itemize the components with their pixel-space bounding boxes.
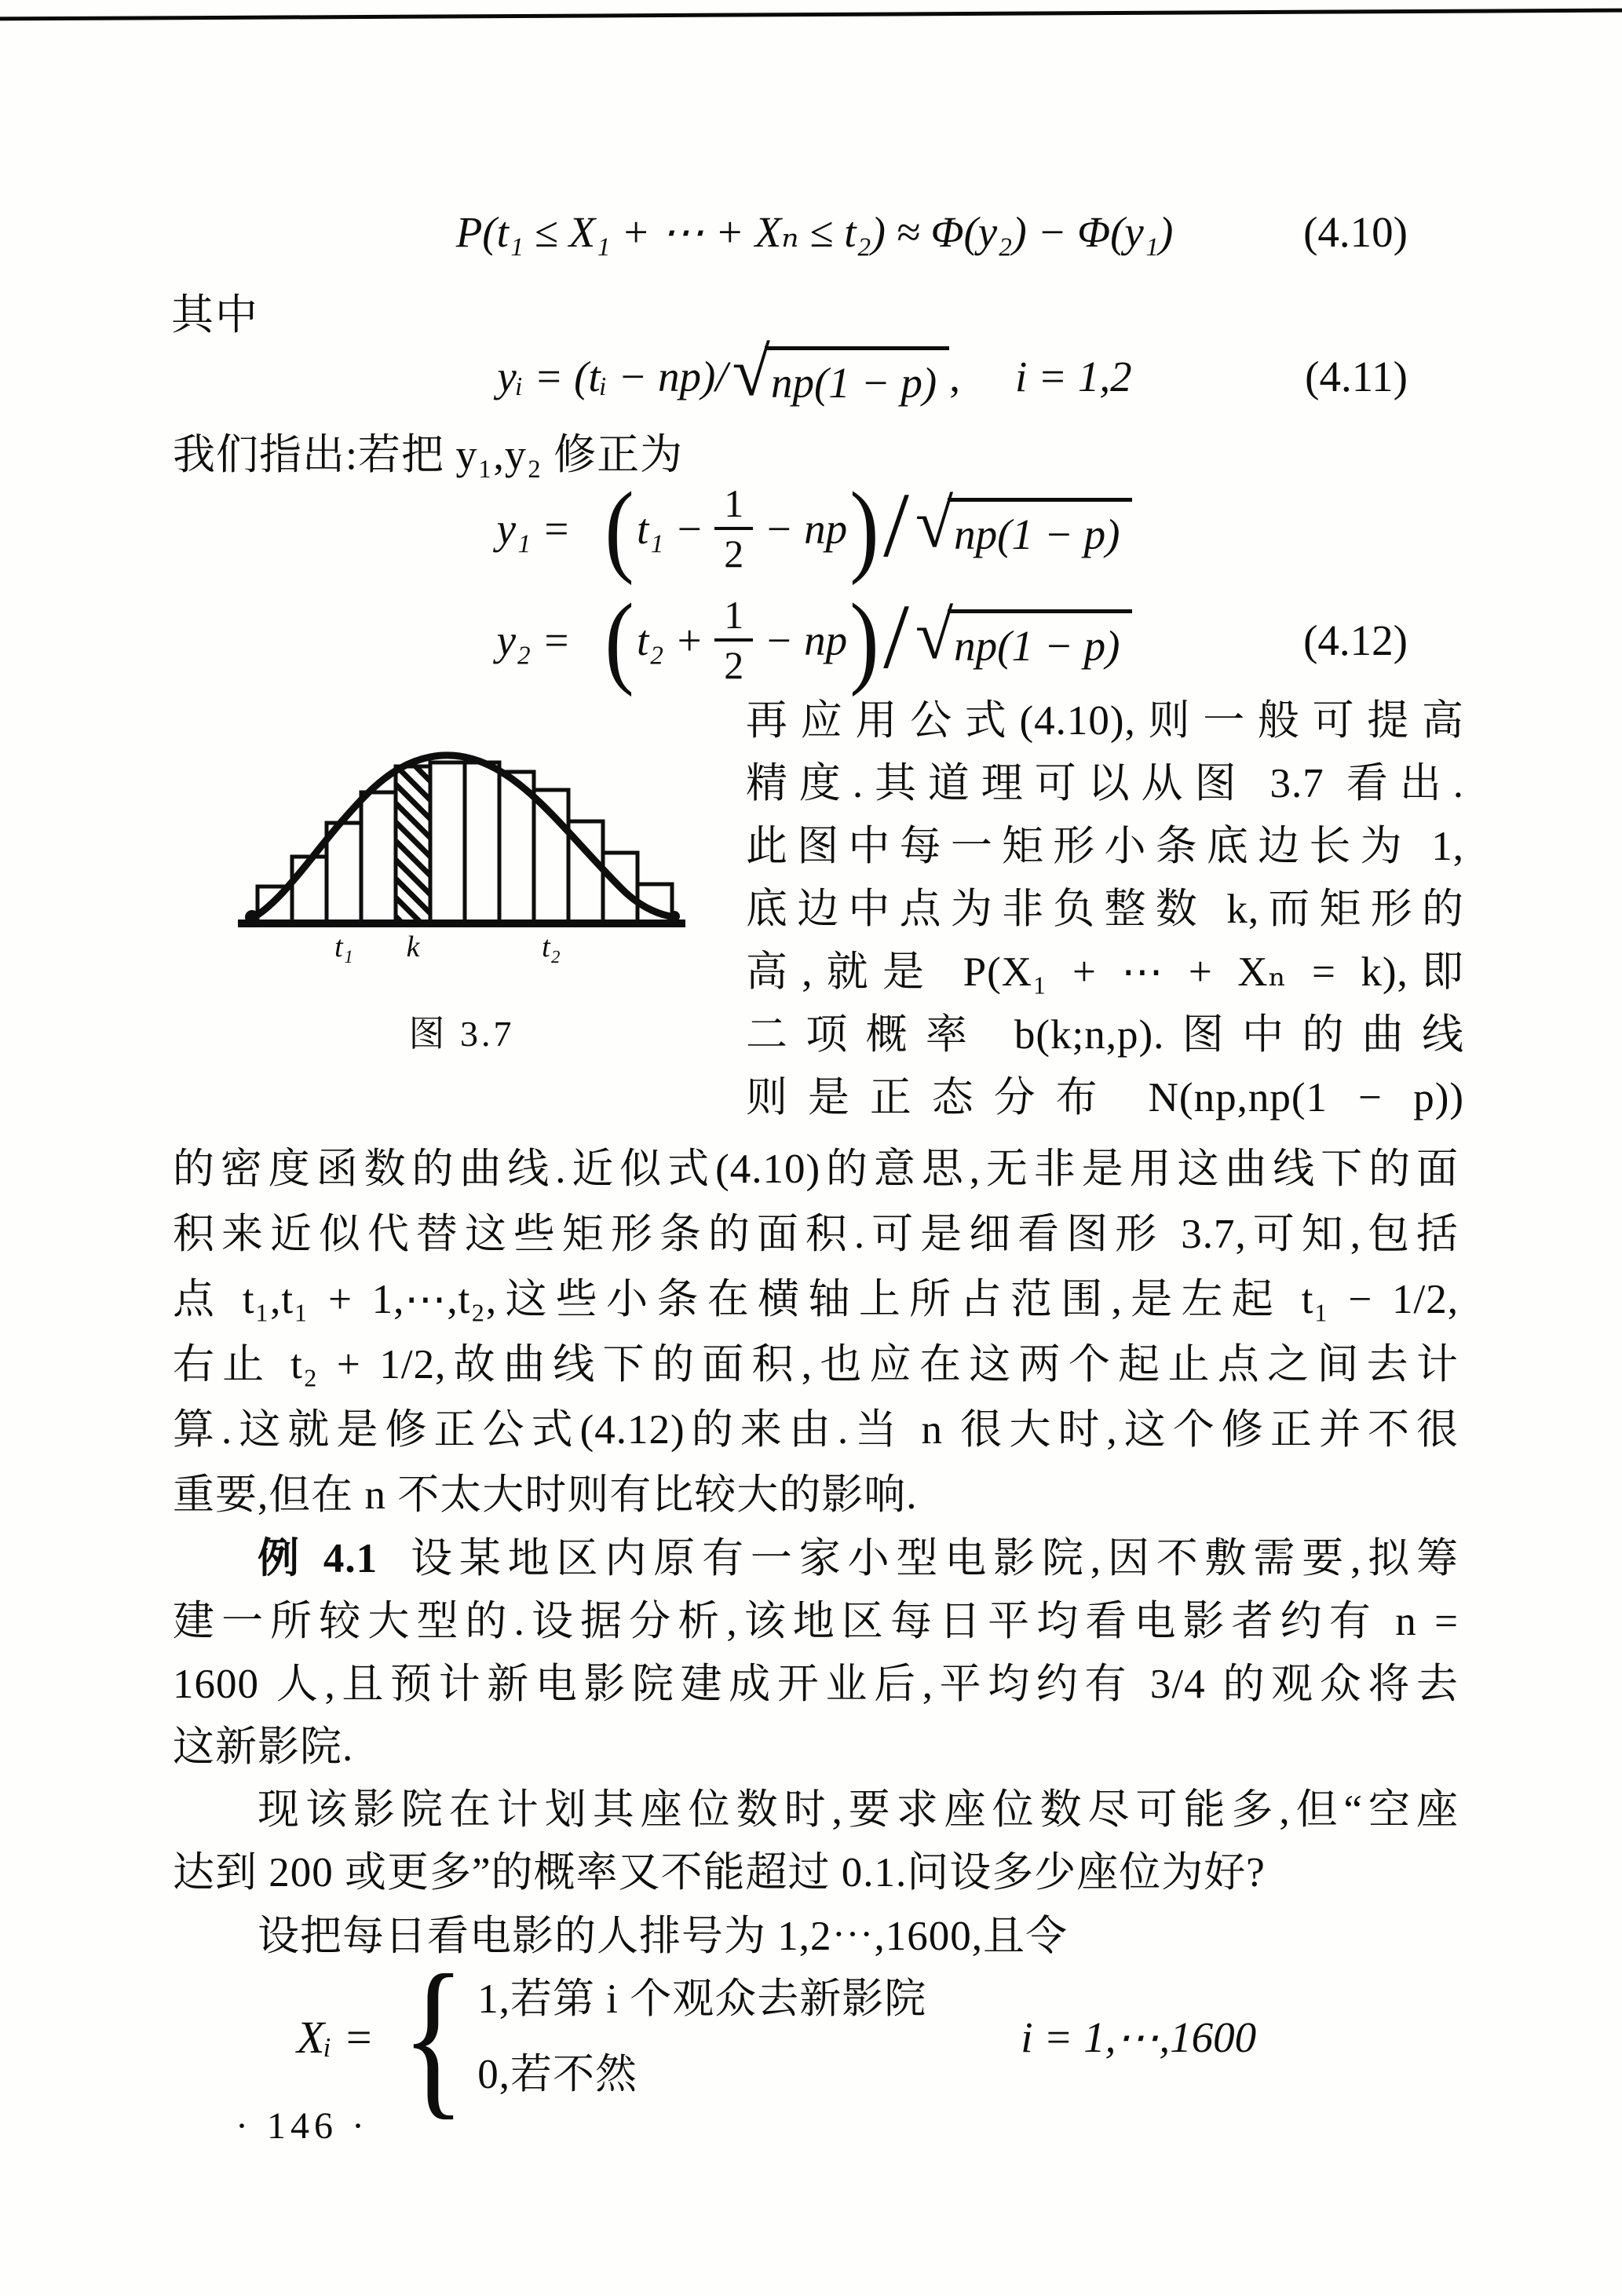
formula-xi-piecewise: Xᵢ = { 1,若第 i 个观众去新影院 0,若不然 i = 1,⋯,1600 — [297, 1961, 1256, 2112]
division-slash: / — [883, 600, 909, 674]
sqrt-body: np(1 − p) — [765, 346, 949, 408]
sqrt-expression: √ np(1 − p) — [915, 609, 1133, 671]
example-4-1-paragraph: 例 4.1设某地区内原有一家小型电影院,因不敷需要,拟筹 建一所较大型的.设据分… — [173, 1527, 1459, 1779]
text-line: 设把每日看电影的人排号为 1,2⋯,1600,且令 — [173, 1904, 1459, 1969]
text-line: 则是正态分布 N(np,np(1 − p)) — [746, 1066, 1464, 1129]
text-line: 重要,但在 n 不太大时则有比较大的影响. — [173, 1463, 1459, 1528]
scan-edge-artifact — [0, 9, 1622, 21]
formula-4-11-comma: , — [949, 352, 960, 401]
formula-4-10-body: P(t₁ ≤ X₁ + ⋯ + Xₙ ≤ t₂) ≈ Φ(y₂) − Φ(y₁) — [456, 207, 1174, 257]
axis-label-k: k — [407, 930, 421, 963]
numbering-setup-paragraph: 设把每日看电影的人排号为 1,2⋯,1600,且令 — [173, 1904, 1459, 1969]
case-line: 0,若不然 — [477, 2037, 926, 2112]
page-number: · 146 · — [236, 2104, 369, 2148]
open-paren: ( — [605, 598, 634, 682]
text-line: 1600 人,且预计新电影院建成开业后,平均约有 3/4 的观众将去 — [173, 1653, 1459, 1716]
formula-4-11-tag: (4.11) — [1305, 352, 1408, 401]
radical-sign: √ — [732, 345, 770, 401]
figure-svg: t₁ k t₂ — [234, 721, 689, 966]
close-paren: ) — [849, 598, 879, 682]
y2-inner-pre: t₂ + — [637, 616, 703, 665]
sqrt-expression: √ np(1 − p) — [732, 346, 950, 408]
sqrt-body: np(1 − p) — [948, 609, 1132, 671]
formula-4-11: yᵢ = (tᵢ − np)/ √ np(1 − p) , i = 1,2 (4… — [173, 331, 1456, 422]
text-line: 例 4.1设某地区内原有一家小型电影院,因不敷需要,拟筹 — [173, 1527, 1459, 1590]
one-half-fraction: 1 2 — [714, 594, 753, 686]
text-line: 再应用公式(4.10),则一般可提高 — [746, 689, 1464, 752]
text-line: 建一所较大型的.设据分析,该地区每日平均看电影者约有 n = — [173, 1590, 1459, 1653]
figure-side-paragraph: 再应用公式(4.10),则一般可提高 精度.其道理可以从图 3.7 看出. 此图… — [746, 689, 1464, 1129]
sqrt-expression: √ np(1 − p) — [915, 498, 1133, 559]
formula-4-11-lhs: yᵢ = (tᵢ − np)/ — [497, 352, 727, 401]
density-curve-paragraph: 的密度函数的曲线.近似式(4.10)的意思,无非是用这曲线下的面 积来近似代替这… — [173, 1137, 1459, 1528]
histogram-bar — [292, 857, 327, 923]
figure-3-7: t₁ k t₂ — [234, 721, 689, 966]
text-line: 右止 t₂ + 1/2,故曲线下的面积,也应在这两个起止点之间去计 — [173, 1333, 1459, 1398]
seat-planning-paragraph: 现该影院在计划其座位数时,要求座位数尽可能多,但“空座 达到 200 或更多”的… — [173, 1779, 1459, 1904]
histogram-bar — [430, 762, 465, 923]
scanned-textbook-page: P(t₁ ≤ X₁ + ⋯ + Xₙ ≤ t₂) ≈ Φ(y₂) − Φ(y₁)… — [0, 0, 1622, 2296]
fraction-numerator: 1 — [714, 594, 753, 642]
text-line: 点 t₁,t₁ + 1,⋯,t₂,这些小条在横轴上所占范围,是左起 t₁ − 1… — [173, 1267, 1459, 1333]
text-line: 此图中每一矩形小条底边长为 1, — [746, 815, 1464, 878]
radical-sign: √ — [915, 608, 953, 664]
open-paren: ( — [605, 487, 634, 570]
xi-condition: i = 1,⋯,1600 — [1021, 2012, 1256, 2062]
text-line: 这新影院. — [173, 1716, 1459, 1779]
y1-inner-post: − np — [764, 504, 847, 554]
text-line: 底边中点为非负整数 k,而矩形的 — [746, 878, 1464, 941]
case-line: 1,若第 i 个观众去新影院 — [477, 1961, 926, 2037]
formula-4-10-tag: (4.10) — [1303, 207, 1408, 257]
text-line: 二项概率 b(k;n,p).图中的曲线 — [746, 1004, 1464, 1066]
formula-4-10: P(t₁ ≤ X₁ + ⋯ + Xₙ ≤ t₂) ≈ Φ(y₂) − Φ(y₁)… — [173, 188, 1456, 275]
histogram-bar — [396, 766, 430, 923]
division-slash: / — [883, 488, 909, 562]
example-label: 例 4.1 — [258, 1536, 378, 1581]
case-list: 1,若第 i 个观众去新影院 0,若不然 — [477, 1961, 926, 2112]
histogram-bar — [465, 762, 499, 923]
formula-4-12-tag: (4.12) — [1303, 616, 1408, 665]
text-line: 算.这就是修正公式(4.12)的来由.当 n 很大时,这个修正并不很 — [173, 1398, 1459, 1463]
axis-label-t2: t₂ — [542, 930, 561, 963]
y2-inner-post: − np — [764, 616, 847, 665]
fraction-denominator: 2 — [724, 642, 743, 686]
case-brace: { — [402, 1968, 466, 2106]
text-line: 现该影院在计划其座位数时,要求座位数尽可能多,但“空座 — [173, 1779, 1459, 1841]
xi-lhs: Xᵢ = — [297, 2011, 374, 2064]
y1-lhs: y₁ = — [497, 504, 571, 554]
formula-4-11-condition: i = 1,2 — [1015, 352, 1132, 401]
radical-sign: √ — [915, 496, 953, 553]
formula-y1-corrected: y₁ = ( t₁ − 1 2 − np ) / √ np(1 − p) — [173, 470, 1456, 587]
close-paren: ) — [849, 487, 879, 570]
figure-caption: 图 3.7 — [234, 1005, 689, 1057]
y1-inner-pre: t₁ − — [637, 504, 703, 554]
text-line: 达到 200 或更多”的概率又不能超过 0.1.问设多少座位为好? — [173, 1841, 1459, 1904]
text-line: 高,就是 P(X₁ + ⋯ + Xₙ = k),即 — [746, 941, 1464, 1004]
sqrt-body: np(1 − p) — [948, 498, 1132, 559]
y2-lhs: y₂ = — [497, 616, 571, 665]
text-line: 积来近似代替这些矩形条的面积.可是细看图形 3.7,可知,包括 — [173, 1202, 1459, 1267]
fraction-denominator: 2 — [724, 530, 743, 575]
example-first-line: 设某地区内原有一家小型电影院,因不敷需要,拟筹 — [404, 1536, 1459, 1581]
fraction-numerator: 1 — [714, 483, 753, 531]
axis-label-t1: t₁ — [334, 930, 353, 963]
formula-y2-corrected: y₂ = ( t₂ + 1 2 − np ) / √ np(1 − p) (4.… — [173, 581, 1456, 699]
one-half-fraction: 1 2 — [714, 483, 753, 575]
text-line: 的密度函数的曲线.近似式(4.10)的意思,无非是用这曲线下的面 — [173, 1137, 1459, 1202]
histogram-bar — [361, 792, 396, 923]
text-line: 精度.其道理可以从图 3.7 看出. — [746, 752, 1464, 815]
